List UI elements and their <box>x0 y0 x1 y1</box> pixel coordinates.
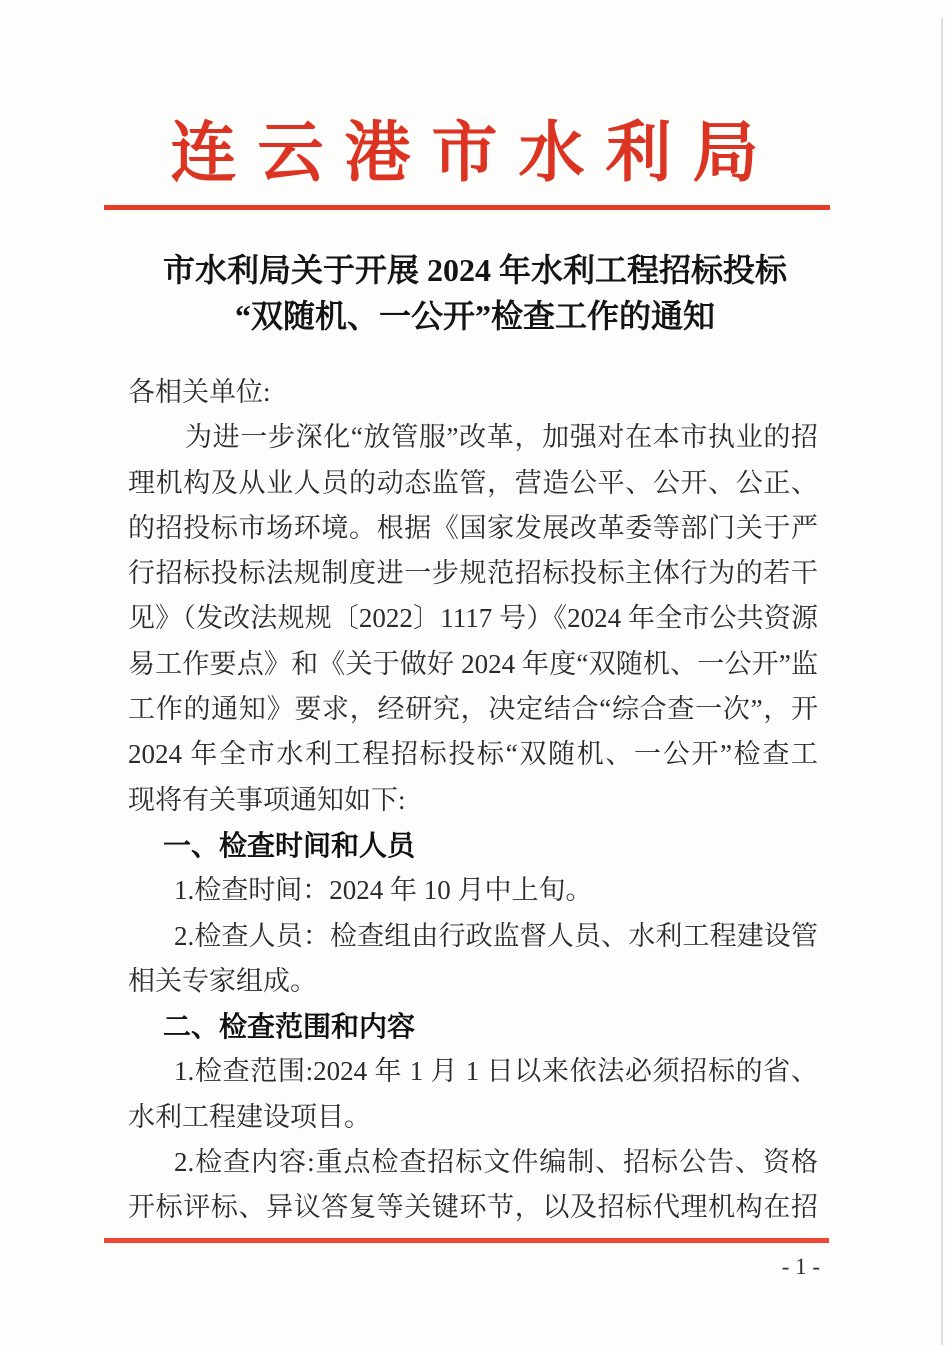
doc-line: 行招标投标法规制度进一步规范招标投标主体行为的若干意 <box>128 551 818 596</box>
doc-line: 见》（发改法规规〔2022〕1117 号）《2024 年全市公共资源交 <box>128 596 818 641</box>
doc-line: 相关专家组成。 <box>128 959 818 1004</box>
doc-line: 的招投标市场环境。根据《国家发展改革委等部门关于严格执 <box>128 506 818 551</box>
doc-line: 易工作要点》和《关于做好 2024 年度“双随机、一公开”监管 <box>128 642 818 687</box>
section-heading-2: 二、检查范围和内容 <box>128 1004 818 1049</box>
doc-line: 1.检查时间：2024 年 10 月中上旬。 <box>128 868 818 913</box>
salutation: 各相关单位: <box>128 370 818 415</box>
document-title-line1: 市水利局关于开展 2024 年水利工程招标投标 <box>0 248 950 292</box>
letterhead-org-name: 连云港市水利局 <box>0 112 950 196</box>
section-heading-1: 一、检查时间和人员 <box>128 823 818 868</box>
letterhead-red-rule <box>104 205 830 210</box>
doc-line: 2.检查人员：检查组由行政监督人员、水利工程建设管理 <box>128 914 818 959</box>
doc-line: 开标评标、异议答复等关键环节，以及招标代理机构在招标活 <box>128 1185 818 1230</box>
doc-line: 现将有关事项通知如下: <box>128 778 818 823</box>
doc-line: 水利工程建设项目。 <box>128 1095 818 1140</box>
scanned-document-page: 连云港市水利局 市水利局关于开展 2024 年水利工程招标投标 “双随机、一公开… <box>0 0 950 1345</box>
doc-line: 理机构及从业人员的动态监管，营造公平、公开、公正、透明 <box>128 461 818 506</box>
page-number: - 1 - <box>104 1252 820 1282</box>
doc-line: 2.检查内容:重点检查招标文件编制、招标公告、资格审查、 <box>128 1140 818 1185</box>
doc-line: 2024 年全市水利工程招标投标“双随机、一公开”检查工作。 <box>128 732 818 777</box>
doc-line: 工作的通知》要求，经研究，决定结合“综合查一次”，开展 <box>128 687 818 732</box>
document-title-line2: “双随机、一公开”检查工作的通知 <box>0 294 950 338</box>
document-body: 各相关单位: 为进一步深化“放管服”改革，加强对在本市执业的招标代 理机构及从业… <box>128 370 818 1231</box>
doc-line: 为进一步深化“放管服”改革，加强对在本市执业的招标代 <box>128 415 818 460</box>
footer-red-rule <box>104 1238 829 1243</box>
doc-line: 1.检查范围:2024 年 1 月 1 日以来依法必须招标的省、 市 <box>128 1049 818 1094</box>
page-scan-edge <box>941 18 943 1345</box>
